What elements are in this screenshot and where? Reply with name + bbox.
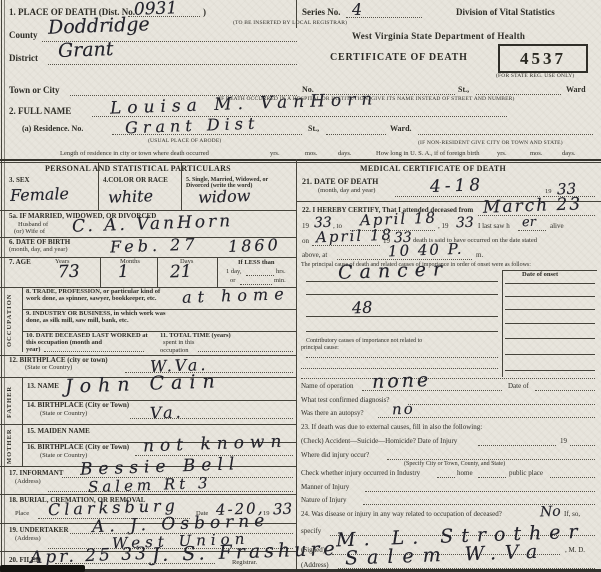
dob-value: Feb. 27	[110, 236, 199, 255]
days-label: days.	[338, 151, 352, 158]
dotted-leader	[550, 477, 595, 478]
left-edge-line	[1, 0, 2, 572]
cause-line	[306, 294, 498, 295]
contributory-label-2: principal cause:	[301, 345, 339, 351]
contributory-label: Contributory causes of importance not re…	[306, 338, 422, 344]
county-label: County	[9, 31, 38, 40]
dotted-leader	[130, 418, 293, 419]
age-label: 7. AGE	[9, 259, 31, 266]
certificate-number: 4537	[520, 49, 566, 69]
physician-address-label: (Address)	[301, 562, 329, 569]
days2-label: days.	[562, 151, 576, 158]
dotted-leader	[246, 275, 274, 276]
informant-address-value: Salem Rt 3	[88, 476, 212, 495]
personal-section-title: PERSONAL AND STATISTICAL PARTICULARS	[45, 165, 231, 173]
district-value: Grant	[58, 40, 114, 61]
operation-value: none	[372, 371, 432, 392]
section-rule	[0, 159, 601, 161]
full-name-label: 2. FULL NAME	[9, 107, 71, 116]
burial-place-label: Place	[15, 511, 29, 518]
last-saw-date-value: April 18	[316, 228, 394, 246]
certificate-number-stamp: 4537	[498, 44, 588, 73]
residence-st-label: St.,	[308, 125, 319, 133]
check-where-injury-label: Check whether injury occurred in Industr…	[301, 470, 420, 477]
home-label: home	[457, 470, 473, 477]
dotted-leader	[518, 230, 546, 231]
st-label: St.,	[458, 86, 469, 94]
age-days-value: 21	[170, 264, 192, 282]
dob-sub-label: (month, day, and year)	[9, 247, 68, 254]
series-no-label: Series No.	[302, 8, 341, 17]
related-to-occupation-label: 24. Was disease or injury in any way rel…	[301, 511, 502, 518]
date-of-death-sub: (month, day and year)	[318, 188, 375, 195]
duration-value: 48	[352, 300, 373, 317]
dob-year-value: 1860	[228, 237, 281, 255]
cell-divider	[98, 163, 99, 210]
dotted-leader	[44, 351, 144, 352]
yrs-label: yrs.	[270, 151, 280, 158]
state-reg-caption: (FOR STATE REG. USE ONLY)	[496, 74, 574, 80]
department-title: West Virginia State Department of Health	[352, 32, 525, 41]
date-of-death-label: 21. DATE OF DEATH	[302, 178, 378, 186]
residence-ward-label: Ward.	[390, 125, 412, 133]
dotted-leader	[338, 568, 595, 569]
spouse-value: C. A. VanHorn	[72, 213, 234, 236]
insert-caption: (TO BE INSERTED BY LOCAL REGISTRAR)	[233, 21, 347, 27]
check-accident-label: (Check) Accident—Suicide—Homicide? Date …	[301, 438, 457, 445]
death-certificate-document: 1. PLACE OF DEATH (Dist. No. 0931 ) (TO …	[0, 0, 601, 572]
onset-header: Date of onset	[522, 272, 558, 279]
operation-label: Name of operation	[301, 383, 353, 390]
how-long-usa-label: How long in U. S. A., if of foreign birt…	[376, 151, 479, 158]
wife-of-label: (or) Wife of	[14, 229, 45, 236]
signed-label: (Signed)	[301, 547, 325, 554]
if-less-label: If LESS than	[238, 260, 275, 267]
autopsy-value: no	[392, 402, 415, 418]
row-rule	[0, 210, 296, 211]
place-of-death-close: )	[203, 8, 206, 17]
where-injury-label: Where did injury occur?	[301, 452, 369, 459]
dotted-leader	[570, 445, 595, 446]
dotted-leader	[326, 134, 386, 135]
father-birthplace-label: 14. BIRTHPLACE (City or Town)	[27, 402, 129, 409]
age-months-value: 1	[118, 264, 129, 281]
onset-cell-line	[505, 309, 595, 310]
cause-line	[306, 316, 498, 317]
external-causes-label: 23. If death was due to external causes,…	[301, 424, 482, 431]
specify-label: specify	[301, 528, 321, 535]
last-worked-label: 10. DATE DECEASED LAST WORKED at this oc…	[26, 333, 151, 347]
cause-of-death-value: Cancer	[338, 260, 450, 283]
cause-line	[306, 281, 498, 282]
date-of-operation-label: Date of	[508, 383, 529, 390]
dotted-leader	[48, 491, 293, 492]
series-no-value: 4	[352, 2, 363, 18]
sex-label: 3. SEX	[9, 177, 30, 184]
line2-19b-label: , 19	[438, 223, 449, 230]
dotted-leader	[198, 351, 293, 352]
onset-box-divider	[502, 270, 503, 377]
mother-birthplace-value: not known	[143, 433, 288, 455]
cell-divider	[217, 257, 218, 287]
registrar-label: Registrar.	[232, 560, 257, 567]
race-label: 4.COLOR OR RACE	[103, 177, 168, 184]
dotted-leader	[408, 404, 595, 405]
informant-label: 17. INFORMANT	[9, 470, 63, 477]
line2-19-label: 19	[302, 223, 309, 230]
onset-cell-line	[505, 283, 595, 284]
onset-cell-line	[505, 370, 595, 371]
maiden-name-label: 15. MAIDEN NAME	[27, 428, 90, 435]
county-value: Doddridge	[48, 15, 150, 38]
last-worked-label-2: year)	[26, 347, 40, 354]
sex-value: Female	[10, 186, 70, 204]
length-residence-label: Length of residence in city or town wher…	[60, 151, 209, 158]
cause-line	[306, 331, 498, 332]
dotted-leader	[55, 563, 215, 564]
dotted-leader	[301, 378, 595, 379]
burial-year-value: 33	[273, 502, 293, 518]
occupation-vertical-label: OCCUPATION	[6, 290, 13, 350]
father-name-label: 13. NAME	[27, 383, 59, 390]
dotted-leader	[478, 445, 556, 446]
mother-divider	[22, 424, 23, 466]
total-time-sub: spent in this	[163, 340, 194, 347]
row-rule	[0, 257, 296, 258]
column-divider	[296, 159, 297, 569]
header-divider	[296, 0, 297, 28]
public-place-label: public place	[509, 470, 543, 477]
father-birthplace-value: Va.	[150, 404, 184, 421]
trade-label: 8. TRADE, PROFESSION, or particular kind…	[26, 289, 176, 303]
dotted-leader	[362, 390, 502, 391]
undertaker-address-label: (Address)	[15, 536, 41, 543]
district-label: District	[9, 54, 38, 63]
row-rule	[0, 494, 296, 495]
dotted-leader	[478, 477, 506, 478]
autopsy-label: Was there an autopsy?	[301, 410, 364, 417]
onset-cell-line	[505, 354, 595, 355]
row-rule	[0, 424, 296, 425]
death-time-value: 10 40 P.	[388, 242, 464, 260]
cell-divider	[100, 257, 101, 287]
test-confirmed-label: What test confirmed diagnosis?	[301, 397, 389, 404]
last-saw-label: I last saw h	[478, 223, 510, 230]
informant-address-label: (Address)	[15, 479, 41, 486]
mother-vertical-label: MOTHER	[6, 427, 13, 465]
residence-label: (a) Residence. No.	[22, 125, 83, 133]
dotted-leader	[312, 245, 380, 246]
dotted-leader	[378, 417, 595, 418]
or-label: or	[230, 278, 235, 285]
age-years-value: 73	[58, 264, 80, 282]
abode-caption: (USUAL PLACE OF ABODE)	[148, 139, 221, 145]
marital-value: widow	[198, 188, 251, 206]
division-title: Division of Vital Statistics	[456, 8, 555, 17]
nature-of-injury-label: Nature of Injury	[301, 497, 346, 504]
undertaker-label: 19. UNDERTAKER	[9, 527, 69, 534]
onset-cell-line	[505, 323, 595, 324]
yrs2-label: yrs.	[497, 151, 507, 158]
section-rule-2	[0, 162, 601, 163]
dotted-leader	[476, 94, 561, 95]
nonresident-caption: (IF NON-RESIDENT GIVE CITY OR TOWN AND S…	[418, 141, 563, 147]
manner-of-injury-label: Manner of Injury	[301, 484, 349, 491]
date-of-death-value: 4-18	[430, 177, 485, 196]
dotted-leader	[306, 357, 498, 358]
dotted-leader	[346, 17, 422, 18]
dotted-leader	[535, 390, 595, 391]
birthplace-state-label: (State or Country)	[25, 365, 72, 372]
dotted-leader	[387, 459, 595, 460]
physician-address-value: Salem W.Va	[345, 542, 547, 568]
alive-label: alive	[550, 223, 564, 230]
father-birthplace-state-label: (State or Country)	[40, 411, 87, 418]
line2-yearb-value: 33	[456, 216, 474, 231]
onset-cell-line	[505, 296, 595, 297]
dotted-leader	[48, 64, 297, 65]
mother-birthplace-label: 16. BIRTHPLACE (City or Town)	[27, 444, 129, 451]
on-label: on	[302, 238, 309, 245]
race-value: white	[108, 188, 154, 206]
dotted-leader	[365, 491, 595, 492]
cell-divider	[181, 163, 182, 210]
if-so-label: If, so,	[564, 511, 580, 518]
left-edge-line-2	[4, 0, 5, 572]
above-at-label: above, at	[302, 252, 327, 259]
occupation-divider	[22, 287, 23, 352]
specify-city-caption: (Specify City or Town, County, and State…	[404, 461, 505, 467]
one-day-label: 1 day,	[226, 269, 241, 276]
md-label: , M. D.	[565, 547, 585, 554]
attended-from-value: March 23	[483, 196, 583, 216]
medical-section-title: MEDICAL CERTIFICATE OF DEATH	[360, 165, 506, 173]
ward-label: Ward	[566, 86, 586, 94]
mos-label: mos.	[305, 151, 317, 158]
dotted-leader	[437, 477, 455, 478]
dotted-leader	[418, 134, 593, 135]
total-time-sub-2: occupation	[160, 348, 189, 355]
cell-divider	[157, 257, 158, 287]
m-label: m.	[476, 252, 483, 259]
dotted-leader	[301, 368, 498, 369]
father-name-value: John Cain	[65, 372, 222, 396]
last-saw-fill: er	[522, 216, 536, 229]
certificate-title: CERTIFICATE OF DEATH	[330, 53, 468, 64]
industry-label: 9. INDUSTRY OR BUSINESS, in which work w…	[26, 311, 176, 325]
town-or-city-label: Town or City	[9, 86, 60, 95]
related-value: No	[540, 505, 561, 520]
dotted-leader	[478, 215, 595, 216]
mos2-label: mos.	[530, 151, 542, 158]
onset-cell-line	[505, 338, 595, 339]
hrs-label: hrs.	[276, 269, 286, 276]
father-vertical-label: FATHER	[6, 382, 13, 422]
dotted-leader	[112, 134, 302, 135]
injury-19-label: 19	[560, 438, 567, 445]
trade-value: at home	[182, 286, 290, 306]
